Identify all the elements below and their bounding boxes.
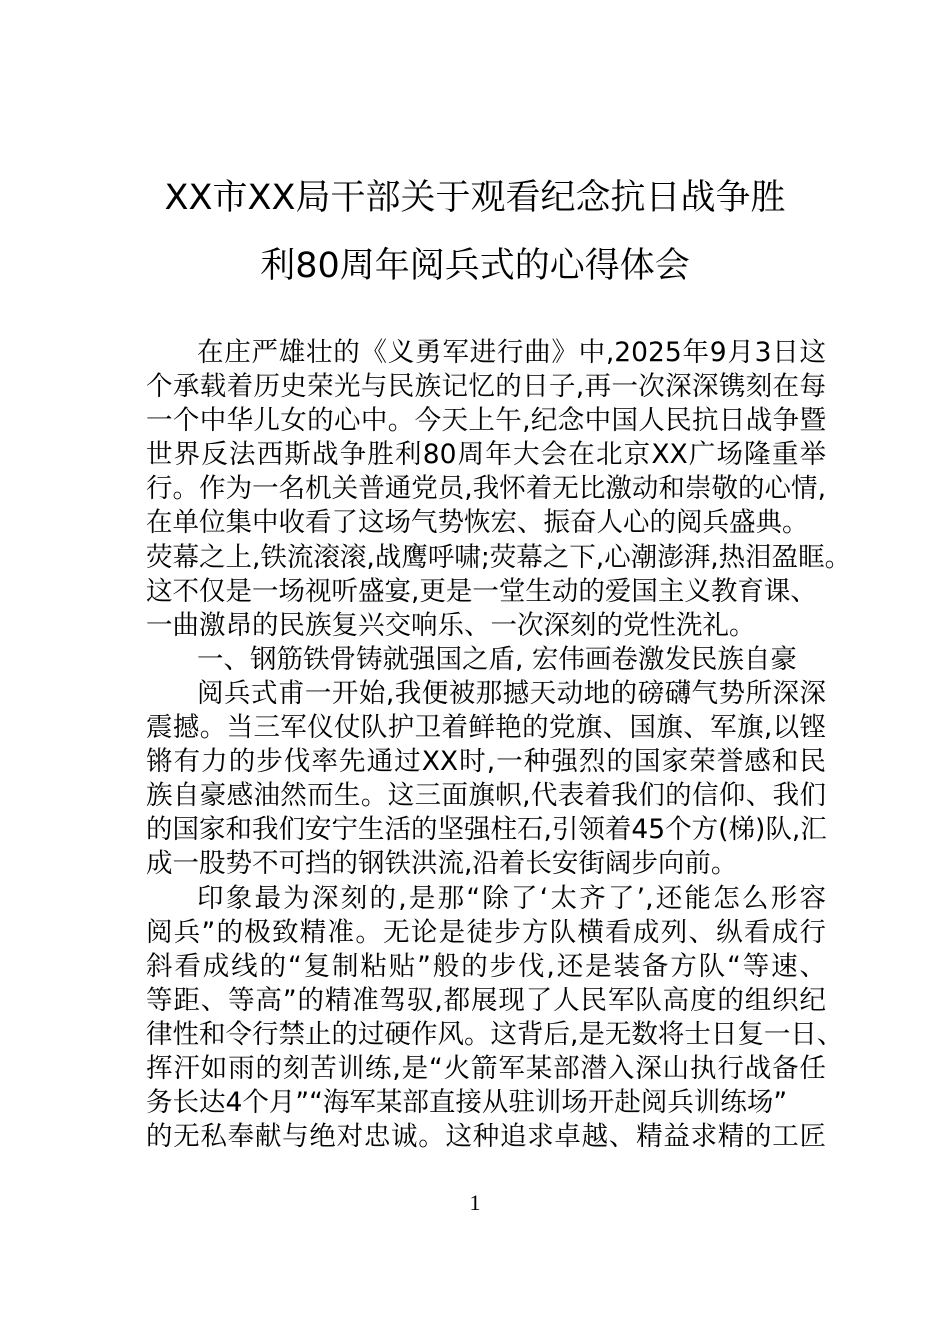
paragraph-1-line: 世界反法西斯战争胜利80周年大会在北京XX广场隆重举 (146, 438, 826, 472)
paragraph-2-line: 阅兵式甫一开始,我便被那撼天动地的磅礴气势所深深 (146, 677, 826, 711)
paragraph-2-line: 的国家和我们安宁生活的坚强柱石,引领着45个方(梯)队,汇 (146, 813, 826, 847)
document-title-line-1: XX市XX局干部关于观看纪念抗日战争胜 (0, 178, 950, 218)
paragraph-1-line: 个承载着历史荣光与民族记忆的日子,再一次深深镌刻在每 (146, 370, 826, 404)
paragraph-1-line: 荧幕之上,铁流滚滚,战鹰呼啸;荧幕之下,心潮澎湃,热泪盈眶。 (146, 541, 826, 575)
paragraph-3-line: 律性和令行禁止的过硬作风。这背后,是无数将士日复一日、 (146, 1018, 826, 1052)
paragraph-1-line: 在单位集中收看了这场气势恢宏、振奋人心的阅兵盛典。 (146, 506, 826, 540)
paragraph-2-line: 锵有力的步伐率先通过XX时,一种强烈的国家荣誉感和民 (146, 745, 826, 779)
paragraph-1-line: 一个中华儿女的心中。今天上午,纪念中国人民抗日战争暨 (146, 404, 826, 438)
paragraph-1-line: 在庄严雄壮的《义勇军进行曲》中,2025年9月3日这 (146, 336, 826, 370)
paragraph-2-line: 族自豪感油然而生。这三面旗帜,代表着我们的信仰、我们 (146, 779, 826, 813)
paragraph-1-line: 这不仅是一场视听盛宴,更是一堂生动的爱国主义教育课、 (146, 575, 826, 609)
document-title-line-2: 利80周年阅兵式的心得体会 (0, 246, 950, 286)
paragraph-3-line: 的无私奉献与绝对忠诚。这种追求卓越、精益求精的工匠 (146, 1120, 826, 1154)
document-page: XX市XX局干部关于观看纪念抗日战争胜 利80周年阅兵式的心得体会 在庄严雄壮的… (0, 0, 950, 1344)
paragraph-3-line: 等距、等高”的精准驾驭,都展现了人民军队高度的组织纪 (146, 984, 826, 1018)
paragraph-3-line: 阅兵”的极致精准。无论是徒步方队横看成列、纵看成行 (146, 916, 826, 950)
paragraph-3-line: 印象最为深刻的,是那“除了‘太齐了’,还能怎么形容 (146, 882, 826, 916)
section-heading-1: 一、钢筋铁骨铸就强国之盾, 宏伟画卷激发民族自豪 (146, 643, 826, 677)
paragraph-3-line: 挥汗如雨的刻苦训练,是“火箭军某部潜入深山执行战备任 (146, 1052, 826, 1086)
paragraph-1-line: 一曲激昂的民族复兴交响乐、一次深刻的党性洗礼。 (146, 609, 826, 643)
paragraph-2-line: 震撼。当三军仪仗队护卫着鲜艳的党旗、国旗、军旗,以铿 (146, 711, 826, 745)
paragraph-3-line: 务长达4个月”“海军某部直接从驻训场开赴阅兵训练场” (146, 1086, 826, 1120)
document-body: 在庄严雄壮的《义勇军进行曲》中,2025年9月3日这 个承载着历史荣光与民族记忆… (146, 336, 826, 1154)
paragraph-3-line: 斜看成线的“复制粘贴”般的步伐,还是装备方队“等速、 (146, 950, 826, 984)
page-number: 1 (0, 1190, 950, 1216)
paragraph-2-line: 成一股势不可挡的钢铁洪流,沿着长安街阔步向前。 (146, 847, 826, 881)
paragraph-1-line: 行。作为一名机关普通党员,我怀着无比激动和崇敬的心情, (146, 472, 826, 506)
